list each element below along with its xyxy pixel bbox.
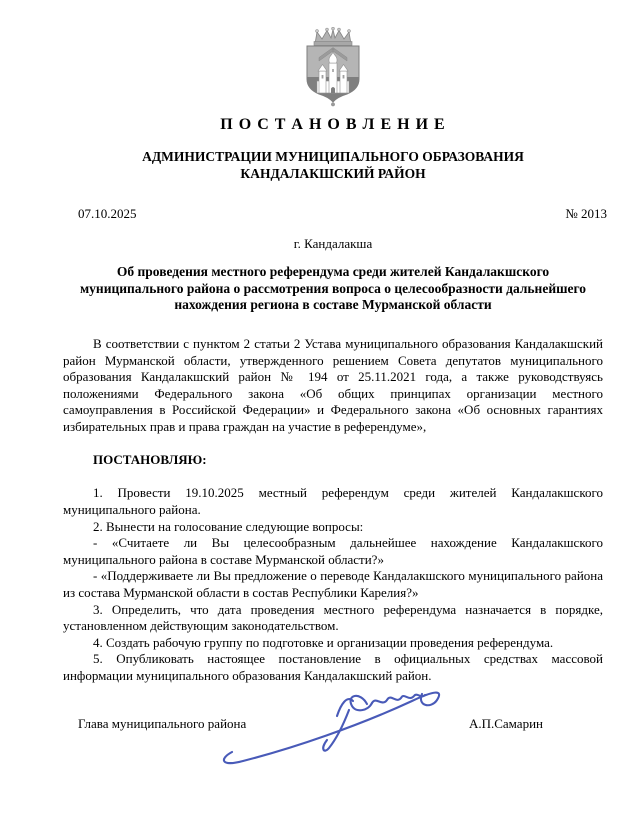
- preamble-paragraph: В соответствии с пунктом 2 статьи 2 Уста…: [63, 336, 603, 436]
- organization-name: АДМИНИСТРАЦИИ МУНИЦИПАЛЬНОГО ОБРАЗОВАНИЯ…: [63, 149, 603, 182]
- doc-title: Об проведения местного референдума среди…: [63, 264, 603, 314]
- coat-of-arms: [63, 27, 603, 107]
- signer-name: А.П.Самарин: [469, 716, 543, 733]
- doc-body: В соответствии с пунктом 2 статьи 2 Уста…: [63, 336, 603, 684]
- doc-number: № 2013: [565, 206, 607, 223]
- resolution-item-4: 4. Создать рабочую группу по подготовке …: [63, 635, 603, 652]
- resolution-item-3: 3. Определить, что дата проведения местн…: [63, 602, 603, 635]
- doc-title-line-3: нахождения региона в составе Мурманской …: [63, 297, 603, 314]
- resolution-item-2: 2. Вынести на голосование следующие вопр…: [63, 519, 603, 536]
- signer-position-label: Глава муниципального района: [78, 716, 246, 733]
- signature-row: Глава муниципального района А.П.Самарин: [78, 716, 543, 733]
- doc-title-line-2: муниципального района о рассмотрения воп…: [63, 281, 603, 298]
- resolution-item-2b: - «Поддерживаете ли Вы предложение о пер…: [63, 568, 603, 601]
- document-page: П О С Т А Н О В Л Е Н И Е АДМИНИСТРАЦИИ …: [0, 0, 629, 833]
- doc-title-line-1: Об проведения местного референдума среди…: [63, 264, 603, 281]
- doc-date: 07.10.2025: [78, 206, 137, 223]
- coat-of-arms-icon: [306, 27, 360, 107]
- date-number-row: 07.10.2025 № 2013: [78, 206, 607, 223]
- resolution-item-1: 1. Провести 19.10.2025 местный референду…: [63, 485, 603, 518]
- resolution-item-2a: - «Считаете ли Вы целесообразным дальней…: [63, 535, 603, 568]
- doc-type-heading: П О С Т А Н О В Л Е Н И Е: [63, 117, 603, 134]
- doc-city: г. Кандалакша: [63, 236, 603, 253]
- organization-line-2: КАНДАЛАКШСКИЙ РАЙОН: [63, 166, 603, 183]
- resolve-word: ПОСТАНОВЛЯЮ:: [63, 452, 603, 469]
- organization-line-1: АДМИНИСТРАЦИИ МУНИЦИПАЛЬНОГО ОБРАЗОВАНИЯ: [63, 149, 603, 166]
